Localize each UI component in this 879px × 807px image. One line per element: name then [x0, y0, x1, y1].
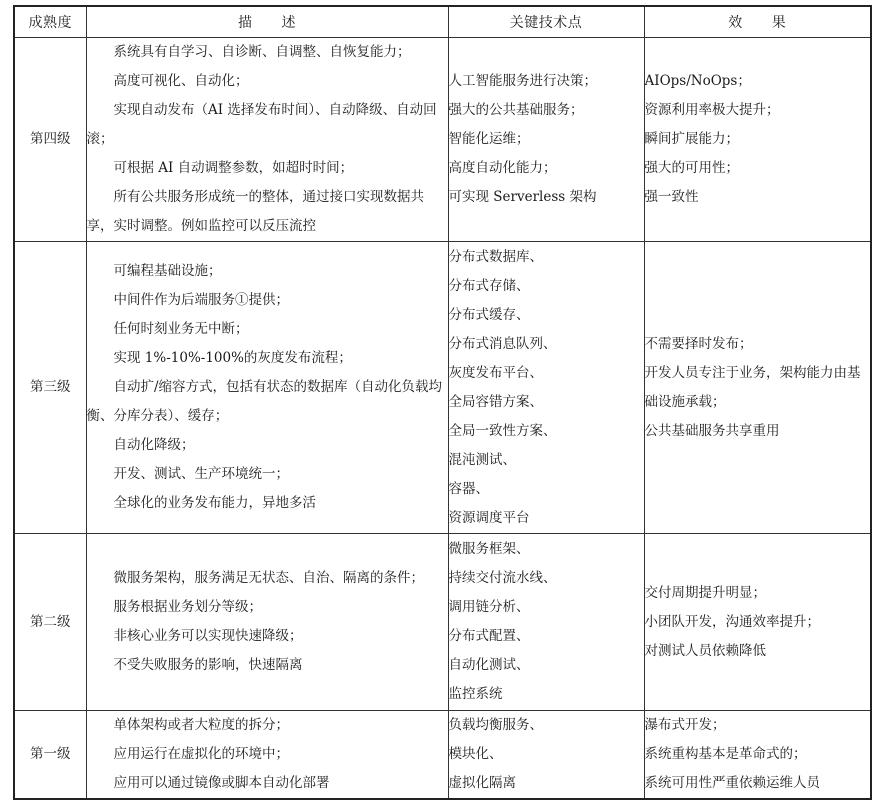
- description-item: 可编程基础设施；: [87, 257, 448, 286]
- key-tech-item: 自动化测试、: [449, 651, 644, 680]
- key-tech-item: 可实现 Serverless 架构: [449, 183, 644, 212]
- key-tech-item: 调用链分析、: [449, 593, 644, 622]
- key-tech-item: 智能化运维；: [449, 125, 644, 154]
- description-item: 全球化的业务发布能力，异地多活: [87, 489, 448, 518]
- effect-item: 瞬间扩展能力；: [645, 125, 871, 154]
- effect-item: 系统可用性严重依赖运维人员: [645, 769, 871, 798]
- description-item: 自动扩/缩容方式，包括有状态的数据库（自动化负载均衡、分库分表）、缓存；: [87, 373, 448, 431]
- description-item: 可根据 AI 自动调整参数，如超时时间；: [87, 154, 448, 183]
- description-item: 应用运行在虚拟化的环境中；: [87, 740, 448, 769]
- key-tech-item: 灰度发布平台、: [449, 359, 644, 388]
- effect-item: AIOps/NoOps；: [645, 67, 871, 96]
- description-cell: 微服务架构，服务满足无状态、自治、隔离的条件； 服务根据业务划分等级； 非核心业…: [86, 534, 448, 711]
- description-item: 实现 1%-10%-100%的灰度发布流程；: [87, 344, 448, 373]
- key-tech-item: 容器、: [449, 475, 644, 504]
- description-cell: 系统具有自学习、自诊断、自调整、自恢复能力； 高度可视化、自动化； 实现自动发布…: [86, 38, 448, 242]
- key-tech-item: 人工智能服务进行决策；: [449, 67, 644, 96]
- key-tech-item: 全局一致性方案、: [449, 417, 644, 446]
- key-tech-item: 微服务框架、: [449, 535, 644, 564]
- header-row: 成熟度 描 述 关键技术点 效 果: [14, 6, 871, 38]
- header-maturity: 成熟度: [14, 6, 86, 38]
- description-item: 中间件作为后端服务①提供；: [87, 286, 448, 315]
- effect-item: 交付周期提升明显；: [645, 579, 871, 608]
- description-cell: 单体架构或者大粒度的拆分； 应用运行在虚拟化的环境中； 应用可以通过镜像或脚本自…: [86, 711, 448, 800]
- effects-cell: 不需要择时发布； 开发人员专注于业务，架构能力由基础设施承载； 公共基础服务共享…: [644, 242, 871, 534]
- description-item: 任何时刻业务无中断；: [87, 315, 448, 344]
- table-row-level-2: 第二级 微服务架构，服务满足无状态、自治、隔离的条件； 服务根据业务划分等级； …: [14, 534, 871, 711]
- effects-cell: 瀑布式开发； 系统重构基本是革命式的； 系统可用性严重依赖运维人员: [644, 711, 871, 800]
- effects-cell: 交付周期提升明显； 小团队开发，沟通效率提升； 对测试人员依赖降低: [644, 534, 871, 711]
- effect-item: 系统重构基本是革命式的；: [645, 740, 871, 769]
- description-item: 服务根据业务划分等级；: [87, 593, 448, 622]
- key-tech-item: 监控系统: [449, 680, 644, 709]
- key-tech-item: 分布式存储、: [449, 272, 644, 301]
- effect-item: 公共基础服务共享重用: [645, 417, 871, 446]
- header-description: 描 述: [86, 6, 448, 38]
- key-tech-item: 资源调度平台: [449, 504, 644, 533]
- description-item: 微服务架构，服务满足无状态、自治、隔离的条件；: [87, 564, 448, 593]
- key-tech-cell: 负载均衡服务、 模块化、 虚拟化隔离: [448, 711, 644, 800]
- key-tech-item: 分布式消息队列、: [449, 330, 644, 359]
- key-tech-item: 强大的公共基础服务；: [449, 96, 644, 125]
- level-cell: 第四级: [14, 38, 86, 242]
- level-cell: 第二级: [14, 534, 86, 711]
- effect-item: 强一致性: [645, 183, 871, 212]
- key-tech-item: 全局容错方案、: [449, 388, 644, 417]
- key-tech-item: 持续交付流水线、: [449, 564, 644, 593]
- description-item: 不受失败服务的影响，快速隔离: [87, 651, 448, 680]
- description-item: 应用可以通过镜像或脚本自动化部署: [87, 769, 448, 798]
- description-cell: 可编程基础设施； 中间件作为后端服务①提供； 任何时刻业务无中断； 实现 1%-…: [86, 242, 448, 534]
- description-item: 所有公共服务形成统一的整体，通过接口实现数据共享，实时调整。例如监控可以反压流控: [87, 183, 448, 241]
- header-key-tech: 关键技术点: [448, 6, 644, 38]
- effect-item: 资源利用率极大提升；: [645, 96, 871, 125]
- effect-item: 对测试人员依赖降低: [645, 637, 871, 666]
- key-tech-cell: 微服务框架、 持续交付流水线、 调用链分析、 分布式配置、 自动化测试、 监控系…: [448, 534, 644, 711]
- effect-item: 不需要择时发布；: [645, 330, 871, 359]
- description-item: 非核心业务可以实现快速降级；: [87, 622, 448, 651]
- key-tech-item: 分布式配置、: [449, 622, 644, 651]
- key-tech-item: 模块化、: [449, 740, 644, 769]
- key-tech-item: 分布式缓存、: [449, 301, 644, 330]
- key-tech-cell: 人工智能服务进行决策； 强大的公共基础服务； 智能化运维； 高度自动化能力； 可…: [448, 38, 644, 242]
- key-tech-item: 虚拟化隔离: [449, 769, 644, 798]
- maturity-table: 成熟度 描 述 关键技术点 效 果 第四级 系统具有自学习、自诊断、自调整、自恢…: [13, 5, 872, 800]
- description-item: 实现自动发布（AI 选择发布时间）、自动降级、自动回滚；: [87, 96, 448, 154]
- key-tech-item: 负载均衡服务、: [449, 711, 644, 740]
- description-item: 系统具有自学习、自诊断、自调整、自恢复能力；: [87, 38, 448, 67]
- key-tech-item: 混沌测试、: [449, 446, 644, 475]
- effect-item: 开发人员专注于业务，架构能力由基础设施承载；: [645, 359, 871, 417]
- level-cell: 第三级: [14, 242, 86, 534]
- key-tech-cell: 分布式数据库、 分布式存储、 分布式缓存、 分布式消息队列、 灰度发布平台、 全…: [448, 242, 644, 534]
- key-tech-item: 高度自动化能力；: [449, 154, 644, 183]
- table-row-level-4: 第四级 系统具有自学习、自诊断、自调整、自恢复能力； 高度可视化、自动化； 实现…: [14, 38, 871, 242]
- table-row-level-3: 第三级 可编程基础设施； 中间件作为后端服务①提供； 任何时刻业务无中断； 实现…: [14, 242, 871, 534]
- key-tech-item: 分布式数据库、: [449, 243, 644, 272]
- effects-cell: AIOps/NoOps； 资源利用率极大提升； 瞬间扩展能力； 强大的可用性； …: [644, 38, 871, 242]
- description-item: 高度可视化、自动化；: [87, 67, 448, 96]
- effect-item: 瀑布式开发；: [645, 711, 871, 740]
- level-cell: 第一级: [14, 711, 86, 800]
- description-item: 自动化降级；: [87, 431, 448, 460]
- table-row-level-1: 第一级 单体架构或者大粒度的拆分； 应用运行在虚拟化的环境中； 应用可以通过镜像…: [14, 711, 871, 800]
- effect-item: 强大的可用性；: [645, 154, 871, 183]
- effect-item: 小团队开发，沟通效率提升；: [645, 608, 871, 637]
- description-item: 开发、测试、生产环境统一；: [87, 460, 448, 489]
- header-effects: 效 果: [644, 6, 871, 38]
- description-item: 单体架构或者大粒度的拆分；: [87, 711, 448, 740]
